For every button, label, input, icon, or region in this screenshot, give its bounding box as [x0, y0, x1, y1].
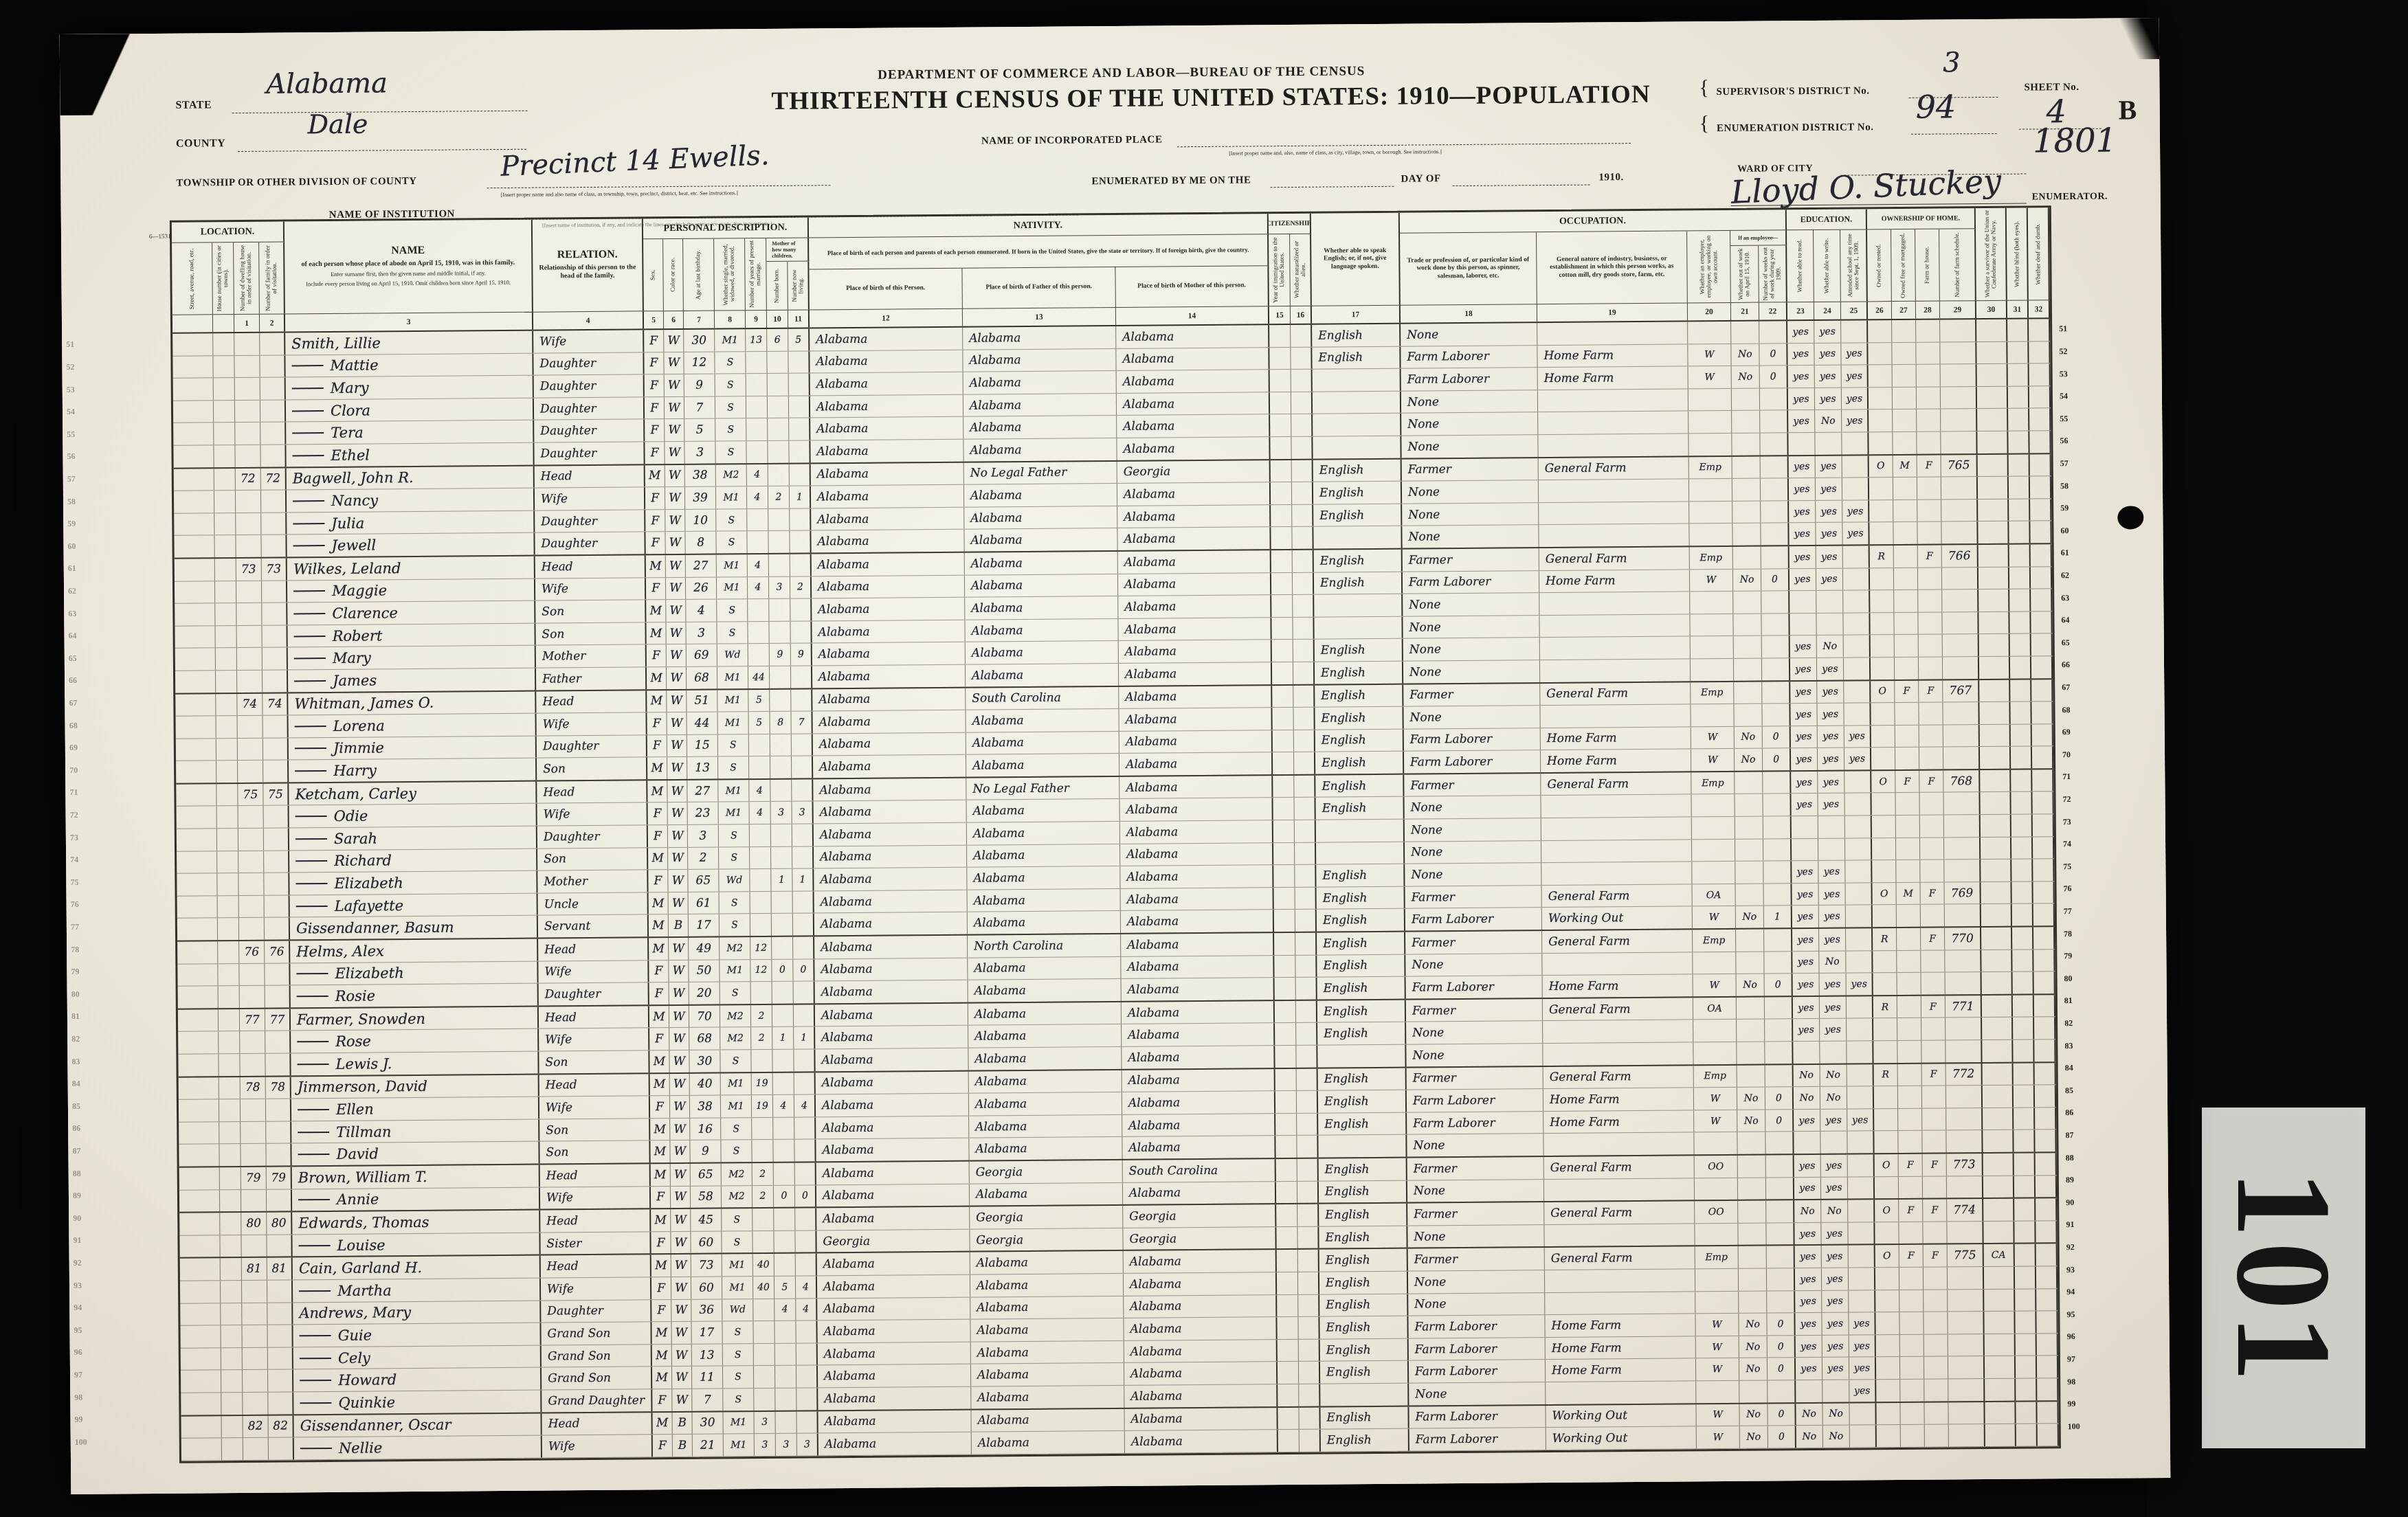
cell-na	[1299, 1384, 1320, 1406]
cell-st	[177, 829, 217, 851]
cell-p3: Alabama	[1119, 752, 1273, 775]
line-number-left: 94	[74, 1303, 82, 1313]
cell-im	[1272, 640, 1293, 662]
line-number-right: 90	[2066, 1198, 2074, 1208]
cell-occ: None	[1405, 818, 1541, 841]
person-name: Harry	[333, 763, 377, 779]
cell-value: Home Farm	[1550, 1092, 1620, 1107]
cell-value: Alabama	[977, 1368, 1029, 1382]
cell-value: None	[1408, 530, 1440, 543]
column-label: Year of immigration to the United States…	[1273, 234, 1286, 306]
cell-rel: Son	[539, 1141, 650, 1164]
cell-wk: 0	[1768, 1404, 1796, 1426]
cell-hn	[219, 1099, 241, 1121]
cell-bl	[2009, 454, 2030, 476]
cell-cb: 0	[774, 1185, 795, 1207]
cell-lang	[1313, 391, 1401, 414]
cell-value: Daughter	[545, 987, 601, 1002]
cell-hn	[214, 491, 236, 513]
cell-ind: Home Farm	[1543, 1110, 1694, 1133]
cell-rel: Wife	[535, 488, 645, 510]
cell-ow	[1738, 1201, 1766, 1223]
cell-ind	[1537, 322, 1688, 344]
cell-age: 2	[688, 847, 719, 869]
cell-value: W	[668, 356, 680, 370]
cell-age: 5	[684, 419, 715, 441]
cell-value: 58	[698, 1190, 713, 1204]
column-number-st	[172, 314, 213, 332]
cell-value: Wife	[544, 965, 571, 979]
cell-value: yes	[1823, 799, 1840, 810]
cell-p3: Alabama	[1124, 1362, 1278, 1384]
cell-value: yes	[1827, 1273, 1843, 1284]
cell-value: M	[651, 785, 664, 798]
punch-hole	[2117, 506, 2143, 529]
cell-cl	[792, 846, 814, 868]
cell-value: No	[1746, 1364, 1761, 1375]
cell-im	[1275, 1001, 1296, 1023]
cell-cb: 1	[771, 869, 792, 891]
cell-ind	[1542, 952, 1693, 975]
line-number-left: 76	[71, 899, 79, 910]
cell-fm	[263, 738, 289, 760]
person-name: James	[333, 672, 377, 689]
cell-mar: M1	[721, 1095, 752, 1117]
cell-value: Sister	[546, 1237, 581, 1250]
cell-o1	[1875, 1222, 1899, 1244]
cell-lang: English	[1315, 684, 1403, 707]
cell-mar: M1	[722, 1277, 753, 1299]
line-number-right: 72	[2062, 794, 2071, 805]
cell-cb	[768, 418, 789, 440]
column-header-cl: Number now living.	[788, 261, 810, 309]
cell-value: 0	[1779, 1431, 1785, 1442]
cell-value: F	[1930, 1069, 1937, 1080]
cell-df	[2031, 656, 2053, 678]
column-group-label: Place of birth of each person and parent…	[827, 247, 1249, 257]
cell-sex: F	[645, 397, 665, 419]
cell-df	[2036, 1266, 2058, 1288]
column-number-19: 19	[1537, 302, 1688, 322]
cell-dw: 81	[242, 1258, 267, 1280]
cell-sex: F	[648, 825, 668, 847]
cell-wk: 0	[1767, 1313, 1795, 1335]
cell-dw	[238, 806, 264, 828]
cell-vt	[1982, 1040, 2013, 1062]
cell-rd: yes	[1796, 1336, 1822, 1358]
cell-na	[1295, 910, 1317, 932]
cell-bl	[2014, 1086, 2035, 1108]
cell-value: Alabama	[1128, 1140, 1180, 1155]
cell-yrs: 2	[752, 1163, 774, 1185]
cell-value: Farmer	[1412, 1004, 1456, 1018]
cell-value: 0	[1778, 1341, 1784, 1352]
line-number-left: 83	[71, 1056, 80, 1066]
cell-cl: 3	[797, 1434, 818, 1456]
cell-p1: Alabama	[812, 642, 966, 665]
cell-p1: Alabama	[814, 890, 968, 913]
cell-p3: Alabama	[1122, 1069, 1275, 1092]
person-name: Ethel	[331, 447, 370, 463]
cell-emp	[1693, 952, 1736, 974]
cell-value: S	[730, 740, 737, 751]
cell-value: yes	[1798, 956, 1814, 967]
cell-o4	[1944, 838, 1981, 859]
cell-sc	[1845, 883, 1872, 905]
cell-occ: None	[1401, 390, 1538, 413]
cell-value: yes	[1796, 754, 1812, 765]
cell-st	[176, 784, 216, 806]
cell-df	[2035, 1063, 2056, 1085]
cell-im	[1269, 348, 1291, 370]
cell-ow	[1739, 1269, 1767, 1291]
column-label: Color or race.	[670, 258, 677, 292]
cell-value: Alabama	[1131, 1435, 1183, 1449]
cell-value: Alabama	[978, 1436, 1029, 1450]
cell-df	[2036, 1221, 2057, 1243]
cell-value: S	[731, 853, 737, 864]
column-header-rel: RELATION.Relationship of this person to …	[533, 218, 644, 311]
cell-value: W	[669, 469, 681, 482]
cell-name: Lorena	[288, 714, 536, 737]
census-document: 6—1531 STATE Alabama COUNTY Dale TOWNSHI…	[60, 18, 2171, 1494]
line-number-left: 64	[69, 631, 77, 641]
cell-vt	[1979, 634, 2010, 656]
cell-hn	[219, 1077, 241, 1099]
cell-wr: yes	[1822, 1313, 1849, 1335]
cell-p3: South Carolina	[1123, 1159, 1276, 1182]
cell-value: 1	[801, 1033, 807, 1044]
cell-value: 3	[761, 1439, 768, 1450]
cell-yrs	[754, 1366, 775, 1388]
cell-ind: Working Out	[1542, 907, 1693, 930]
cell-fm: 73	[262, 558, 287, 580]
cell-value: No	[1743, 980, 1757, 991]
cell-wr: yes	[1822, 1246, 1849, 1268]
cell-value: English	[1322, 734, 1366, 748]
cell-value: Wife	[545, 1033, 572, 1046]
cell-value: M	[653, 1010, 665, 1024]
cell-value: yes	[1827, 1228, 1843, 1239]
cell-value: yes	[1822, 731, 1839, 742]
cell-value: Wd	[724, 649, 740, 660]
cell-o2	[1900, 1334, 1924, 1356]
cell-col: W	[664, 352, 684, 374]
cell-value: 9	[702, 1145, 709, 1158]
cell-vt	[1981, 815, 2011, 837]
cell-value: Uncle	[544, 897, 579, 911]
cell-rd	[1792, 816, 1818, 838]
cell-im	[1270, 370, 1291, 392]
person-name: Guie	[337, 1327, 372, 1343]
cell-value: Alabama	[1124, 487, 1175, 502]
cell-mar: M1	[717, 554, 748, 576]
cell-emp: Emp	[1693, 930, 1736, 952]
cell-emp: W	[1688, 344, 1731, 366]
cell-wr: yes	[1818, 861, 1845, 883]
cell-yrs	[750, 824, 771, 846]
cell-df	[2036, 1244, 2058, 1266]
cell-value: English	[1323, 936, 1368, 951]
cell-rd: yes	[1789, 501, 1816, 523]
cell-age: 11	[692, 1367, 723, 1389]
cell-im	[1276, 1204, 1297, 1226]
cell-o1: R	[1874, 1064, 1898, 1086]
cell-cb: 6	[767, 329, 788, 351]
cell-o2	[1897, 928, 1921, 950]
cell-age: 13	[692, 1344, 723, 1366]
cell-sc: yes	[1844, 748, 1871, 770]
cell-p3: Alabama	[1117, 437, 1270, 460]
cell-lang: English	[1319, 1204, 1407, 1226]
cell-value: M1	[725, 695, 741, 706]
column-label: House number (in cities or towns).	[216, 243, 230, 314]
cell-na	[1295, 820, 1316, 842]
cell-o2	[1894, 613, 1918, 635]
cell-value: W	[1708, 732, 1718, 743]
ditto-mark	[296, 973, 328, 974]
cell-wk: 0	[1761, 569, 1790, 591]
cell-value: No	[1746, 1409, 1761, 1420]
cell-vt	[1984, 1289, 2015, 1311]
cell-value: 74	[242, 697, 257, 711]
cell-occ: None	[1405, 841, 1541, 864]
brace-top: {	[1699, 76, 1709, 100]
cell-emp: Emp	[1691, 772, 1735, 794]
cell-value: 44	[752, 672, 765, 683]
cell-df	[2037, 1402, 2058, 1424]
cell-value: F	[651, 446, 659, 460]
cell-sc	[1847, 1132, 1874, 1154]
cell-o2	[1898, 1131, 1922, 1153]
cell-value: No	[1827, 1092, 1841, 1103]
cell-ind	[1540, 637, 1691, 660]
cell-bl	[2009, 521, 2030, 543]
cell-value: W	[673, 1032, 685, 1046]
cell-p1: Alabama	[810, 417, 963, 440]
line-number-left: 97	[74, 1370, 82, 1380]
cell-value: 9	[798, 649, 804, 660]
line-number-right: 71	[2062, 772, 2071, 782]
cell-occ: Farm Laborer	[1403, 571, 1539, 594]
cell-value: Alabama	[973, 871, 1025, 886]
cell-value: Alabama	[972, 646, 1023, 660]
cell-lang: English	[1318, 1068, 1407, 1090]
cell-value: 40	[698, 1077, 713, 1091]
cell-bl	[2010, 656, 2031, 678]
cell-na	[1291, 370, 1313, 392]
line-number-left: 85	[72, 1101, 80, 1112]
cell-im	[1275, 1023, 1296, 1045]
cell-na	[1296, 1046, 1317, 1068]
cell-o2	[1893, 432, 1917, 454]
cell-value: 61	[696, 896, 711, 910]
cell-im	[1273, 798, 1294, 820]
cell-sc	[1847, 1064, 1874, 1086]
cell-sex: M	[651, 1209, 671, 1231]
cell-value: No Legal Father	[972, 781, 1069, 796]
cell-p2: No Legal Father	[966, 777, 1119, 800]
cell-value: Alabama	[1122, 330, 1174, 344]
cell-value: Alabama	[1124, 578, 1176, 592]
cell-value: 2	[700, 851, 707, 865]
cell-ow: No	[1735, 749, 1763, 771]
cell-p2: Alabama	[968, 911, 1121, 934]
cell-o2	[1893, 477, 1917, 499]
cell-value: yes	[1800, 1251, 1816, 1262]
cell-vt	[1985, 1379, 2016, 1401]
cell-value: Son	[543, 762, 566, 776]
cell-vt	[1981, 904, 2012, 926]
cell-p1: Alabama	[816, 1071, 969, 1094]
cell-value: F	[650, 357, 658, 370]
cell-value: M	[652, 942, 665, 956]
cell-value: General Farm	[1546, 552, 1627, 566]
line-number-margin: 5151525253535454555556565757585859596060…	[60, 18, 2159, 34]
cell-value: 40	[757, 1282, 770, 1293]
cell-value: 775	[1954, 1248, 1976, 1262]
cell-value: W	[675, 1303, 687, 1317]
cell-age: 69	[687, 644, 717, 666]
cell-value: Alabama	[970, 511, 1022, 526]
line-number-right: 83	[2064, 1041, 2073, 1051]
cell-value: yes	[1846, 348, 1862, 359]
cell-value: R	[1877, 551, 1885, 562]
cell-sc	[1848, 1222, 1875, 1244]
cell-o2: F	[1899, 1154, 1923, 1176]
cell-col: W	[668, 848, 688, 870]
cell-im	[1277, 1294, 1298, 1316]
cell-value: yes	[1821, 551, 1838, 562]
cell-value: Alabama	[1129, 1187, 1181, 1201]
cell-dw	[238, 873, 264, 895]
cell-yrs	[747, 509, 768, 531]
cell-fm	[260, 355, 285, 377]
sheet-label: SHEET No.	[2024, 82, 2079, 94]
cell-im	[1273, 820, 1295, 842]
cell-wr: No	[1819, 951, 1846, 973]
cell-value: W	[673, 1055, 686, 1068]
cell-value: O	[1878, 686, 1886, 697]
cell-wr: yes	[1818, 772, 1844, 794]
cell-df	[2037, 1356, 2058, 1378]
cell-o4	[1942, 568, 1978, 589]
cell-o2	[1895, 725, 1919, 747]
cell-value: Emp	[1703, 935, 1726, 946]
column-header-name: NAMEof each person whose place of abode …	[285, 220, 533, 314]
cell-value: North Carolina	[974, 939, 1063, 953]
cell-mar: S	[723, 1366, 754, 1388]
cell-value: None	[1412, 958, 1443, 972]
cell-wk	[1765, 1042, 1793, 1064]
cell-rd: No	[1796, 1426, 1823, 1448]
cell-value: 0	[1772, 574, 1778, 585]
cell-sc: yes	[1847, 974, 1873, 996]
line-number-right: 89	[2066, 1175, 2074, 1185]
cell-na	[1293, 662, 1315, 684]
cell-ow	[1735, 839, 1763, 861]
cell-bl	[2010, 679, 2031, 701]
column-title: RELATION.	[537, 248, 637, 261]
line-number-right: 58	[2060, 481, 2069, 491]
cell-wk: 0	[1768, 1336, 1796, 1358]
cell-o2	[1895, 793, 1919, 815]
person-name: Edwards, Thomas	[298, 1214, 429, 1231]
cell-o3	[1917, 499, 1941, 521]
cell-value: 16	[698, 1122, 713, 1136]
cell-o3	[1921, 1018, 1946, 1040]
cell-occ: Farmer	[1404, 774, 1541, 796]
cell-emp: W	[1691, 727, 1735, 749]
cell-value: yes	[1796, 777, 1813, 788]
cell-ow	[1739, 1291, 1767, 1313]
line-number-right: 54	[2060, 391, 2068, 401]
cell-o3	[1918, 568, 1942, 589]
cell-wk	[1764, 952, 1792, 974]
day-of-label: DAY OF	[1401, 173, 1440, 185]
cell-value: 2	[775, 492, 781, 503]
cell-bl	[2007, 319, 2029, 341]
cell-value: W	[669, 446, 681, 460]
cell-value: W	[671, 694, 683, 708]
column-number-2: 2	[260, 313, 285, 331]
cell-cb	[775, 1389, 796, 1411]
cell-mar: S	[716, 509, 747, 531]
cell-value: 44	[695, 717, 710, 730]
cell-value: English	[1322, 779, 1366, 794]
ditto-mark	[299, 1245, 331, 1246]
cell-lang: English	[1316, 864, 1405, 887]
cell-value: F	[654, 874, 662, 888]
cell-cl	[790, 621, 812, 643]
cell-value: B	[674, 919, 683, 932]
cell-hn	[220, 1213, 241, 1235]
cell-wr: yes	[1820, 1109, 1847, 1131]
cell-wk	[1764, 929, 1792, 951]
cell-cb	[774, 1321, 796, 1343]
person-name: Gissendanner, Basum	[296, 919, 454, 937]
cell-name: Sarah	[289, 827, 537, 850]
line-number-left: 80	[71, 989, 80, 1000]
cell-bl	[2011, 724, 2032, 746]
cell-value: Alabama	[974, 1029, 1026, 1044]
cell-value: M2	[728, 1033, 744, 1044]
cell-p1: Alabama	[813, 755, 966, 778]
cell-ow: No	[1736, 906, 1764, 928]
cell-o2: M	[1896, 883, 1920, 905]
cell-wk: 0	[1765, 1110, 1794, 1132]
cell-value: Head	[542, 560, 573, 574]
person-name: Andrews, Mary	[299, 1304, 411, 1321]
cell-value: Alabama	[973, 804, 1025, 818]
cell-fm	[269, 1438, 294, 1460]
cell-value: M	[655, 1259, 667, 1272]
cell-age: 3	[688, 825, 719, 847]
cell-p1: Alabama	[810, 440, 963, 462]
cell-value: Emp	[1701, 687, 1724, 698]
cell-lang	[1317, 1045, 1406, 1068]
cell-p2: Alabama	[970, 1274, 1124, 1296]
cell-st	[178, 986, 219, 1008]
cell-cl: 0	[795, 1185, 816, 1207]
cell-cl	[794, 982, 815, 1004]
cell-value: General Farm	[1545, 462, 1627, 476]
cell-dw	[239, 918, 265, 940]
cell-emp	[1689, 524, 1732, 546]
cell-st	[180, 1281, 221, 1303]
cell-value: F	[655, 987, 663, 1000]
cell-emp	[1690, 614, 1733, 636]
